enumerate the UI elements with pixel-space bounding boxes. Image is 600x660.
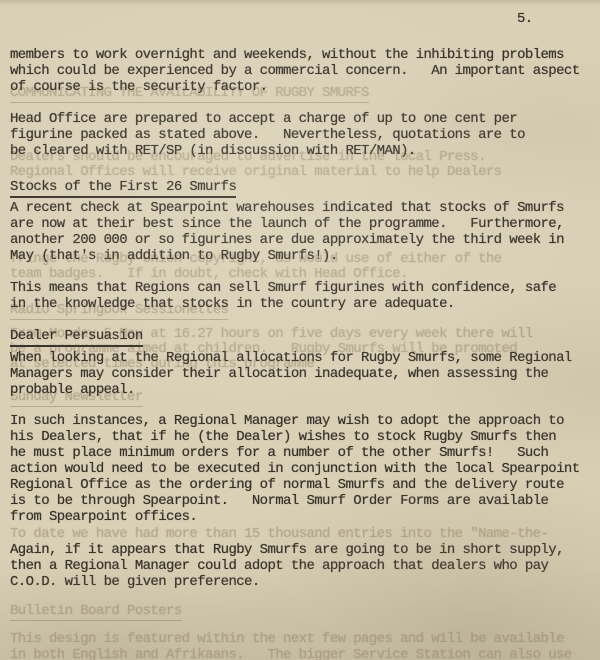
section-heading: Stocks of the First 26 Smurfs — [10, 180, 236, 198]
typed-line: probable appeal. — [10, 383, 135, 398]
typed-line: Managers may consider their allocation i… — [10, 367, 548, 382]
section-heading: Dealer Persuasion — [10, 329, 143, 347]
typed-line: figurine packed as stated above. Neverth… — [10, 128, 525, 143]
typed-line: another 200 000 or so figurines are due … — [10, 233, 564, 248]
typed-line: are now at their best since the launch o… — [10, 217, 564, 232]
typed-line: Again, if it appears that Rugby Smurfs a… — [10, 543, 564, 558]
typed-line: is to be through Spearpoint. Normal Smur… — [10, 494, 548, 509]
typed-line: action would need to be executed in conj… — [10, 462, 580, 477]
typed-line: then a Regional Manager could adopt the … — [10, 559, 548, 574]
typed-text-layer: 5. members to work overnight and weekend… — [0, 0, 600, 660]
page-number: 5. — [517, 12, 533, 27]
typed-line: C.O.D. will be given preference. — [10, 575, 260, 590]
document-page: COMMUNICATING THE AVAILABILITY OF RUGBY … — [0, 0, 600, 660]
typed-line: Head Office are prepared to accept a cha… — [10, 112, 517, 127]
typed-line: members to work overnight and weekends, … — [10, 48, 564, 63]
typed-line: in the knowledge that stocks in the coun… — [10, 297, 455, 312]
typed-line: he must place minimum orders for a numbe… — [10, 446, 548, 461]
typed-line: which could be experienced by a commerci… — [10, 64, 580, 79]
typed-line: his Dealers, that if he (the Dealer) wis… — [10, 430, 556, 445]
typed-line: May (that's in addition to Rugby Smurfs!… — [10, 249, 338, 264]
typed-line: from Spearpoint offices. — [10, 510, 197, 525]
typed-line: of course is the security factor. — [10, 80, 267, 95]
typed-line: Regional Office as the ordering of norma… — [10, 478, 564, 493]
typed-line: A recent check at Spearpoint warehouses … — [10, 201, 564, 216]
typed-line: This means that Regions can sell Smurf f… — [10, 281, 556, 296]
typed-line: When looking at the Regional allocations… — [10, 351, 572, 366]
typed-line: be cleared with RET/SP (in discussion wi… — [10, 144, 416, 159]
typed-line: In such instances, a Regional Manager ma… — [10, 414, 564, 429]
